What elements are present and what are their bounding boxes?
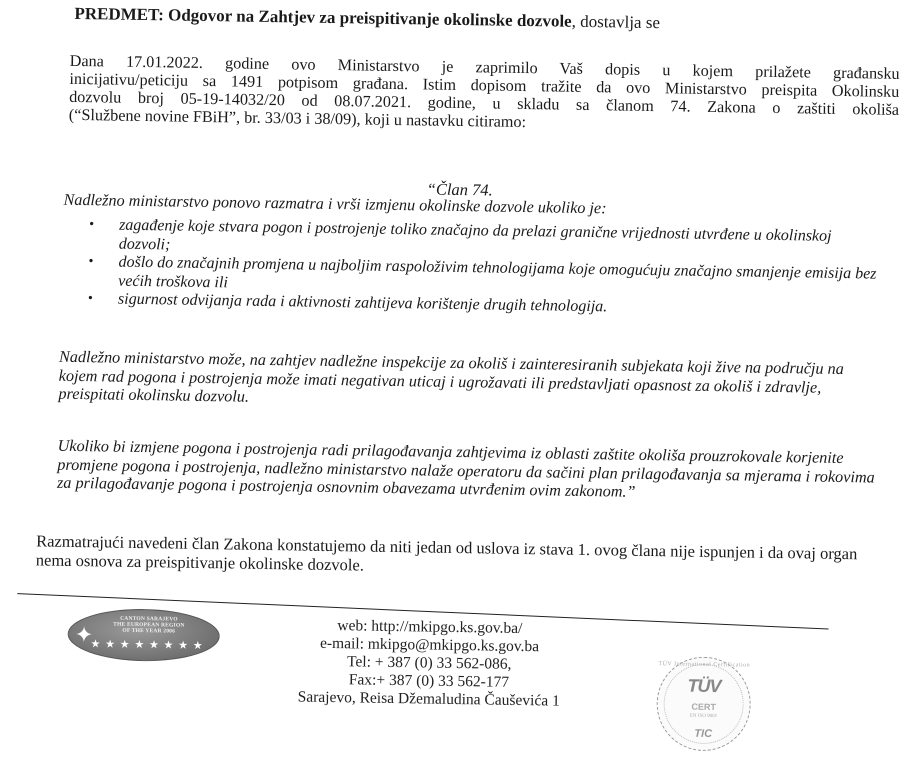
stars-icon: ★ ★ ★ ★ ★ ★ ★ ★ (90, 637, 203, 652)
seal-text: CANTON SARAJEVO THE EUROPEAN REGION OF T… (99, 615, 199, 635)
article-paragraph-2: Nadležno ministarstvo može, na zahtjev n… (58, 348, 879, 416)
subject-title: Odgovor na Zahtjev za preispitivanje oko… (168, 5, 572, 30)
subject-label: PREDMET: (74, 4, 164, 24)
article-bullet-list: • zagađenje koje stvara pogon i postroje… (88, 216, 879, 321)
intro-paragraph: Dana 17.01.2022. godine ovo Ministarstvo… (69, 52, 900, 137)
tuv-logo-icon: TÜV (658, 675, 750, 697)
bullet-icon: • (89, 216, 94, 235)
conclusion-paragraph: Razmatrajući navedeni član Zakona konsta… (36, 532, 886, 582)
article-intro: Nadležno ministarstvo ponovo razmatra i … (63, 191, 606, 219)
document-page: PREDMET: Odgovor na Zahtjev za preispiti… (0, 0, 921, 764)
footer-address: Sarajevo, Reisa Džemaludina Čauševića 1 (279, 688, 579, 711)
subject-line: PREDMET: Odgovor na Zahtjev za preispiti… (74, 4, 660, 33)
subject-suffix: , dostavlja se (572, 12, 661, 32)
bullet-icon: • (88, 253, 93, 272)
seal-tic-text: TIC (657, 727, 749, 740)
bullet-icon: • (88, 290, 93, 309)
tuv-certification-seal: TÜV International Certification TÜV CERT… (656, 656, 751, 751)
seal-arc-text: TÜV International Certification (658, 661, 750, 668)
contact-block: web: http://mkipgo.ks.gov.ba/ e-mail: mk… (279, 616, 580, 711)
bullet-text: zagađenje koje stvara pogon i postrojenj… (119, 217, 832, 253)
seal-cert-text: CERT (658, 701, 750, 712)
canton-sarajevo-seal: ✦ CANTON SARAJEVO THE EUROPEAN REGION OF… (67, 608, 220, 662)
article-paragraph-3: Ukoliko bi izmjene pogona i postrojenja … (57, 437, 878, 505)
